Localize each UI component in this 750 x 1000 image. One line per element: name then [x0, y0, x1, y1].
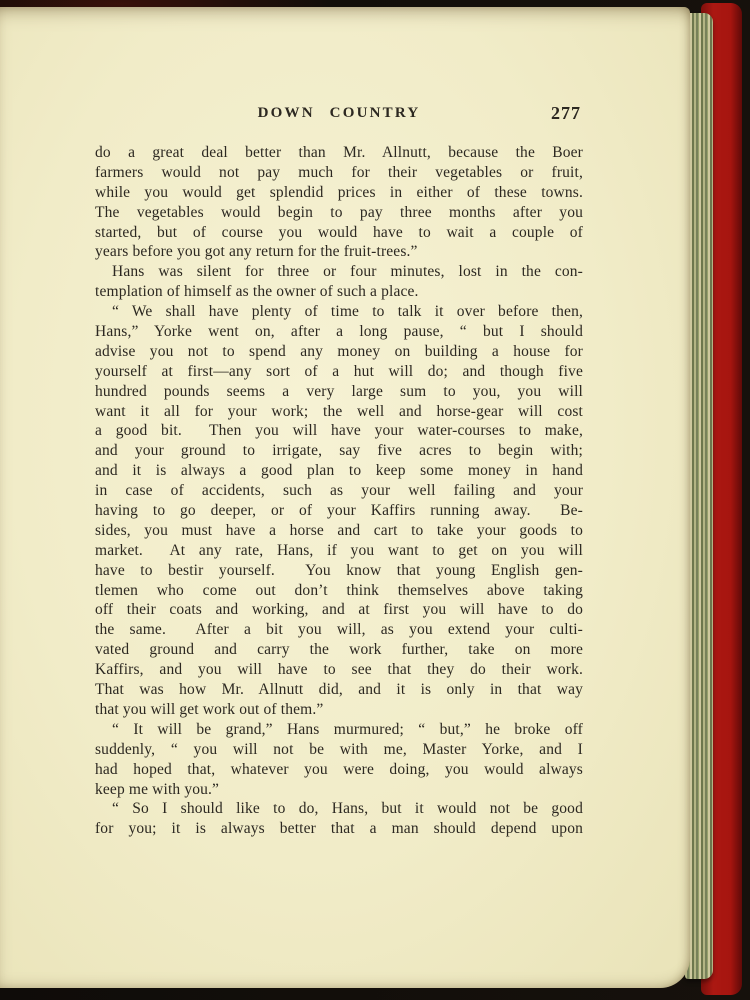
text-line: off their coats and working, and at firs… — [95, 600, 583, 620]
text-line: templation of himself as the owner of su… — [95, 282, 583, 302]
text-line: market. At any rate, Hans, if you want t… — [95, 541, 583, 561]
text-line: That was how Mr. Allnutt did, and it is … — [95, 680, 583, 700]
text-line: sides, you must have a horse and cart to… — [95, 521, 583, 541]
text-line: a good bit. Then you will have your wate… — [95, 421, 583, 441]
text-line: suddenly, “ you will not be with me, Mas… — [95, 740, 583, 760]
text-line: that you will get work out of them.” — [95, 700, 583, 720]
text-line: years before you got any return for the … — [95, 242, 583, 262]
text-line: while you would get splendid prices in e… — [95, 183, 583, 203]
text-line: want it all for your work; the well and … — [95, 402, 583, 422]
text-line: tlemen who come out don’t think themselv… — [95, 581, 583, 601]
text-line: Hans was silent for three or four minute… — [95, 262, 583, 282]
text-line: hundred pounds seems a very large sum to… — [95, 382, 583, 402]
text-line: and it is always a good plan to keep som… — [95, 461, 583, 481]
text-line: for you; it is always better that a man … — [95, 819, 583, 839]
text-line: The vegetables would begin to pay three … — [95, 203, 583, 223]
text-line: “ It will be grand,” Hans murmured; “ bu… — [95, 720, 583, 740]
book-page: DOWN COUNTRY 277 do a great deal better … — [0, 7, 690, 988]
text-line: Kaffirs, and you will have to see that t… — [95, 660, 583, 680]
text-line: “ We shall have plenty of time to talk i… — [95, 302, 583, 322]
text-line: started, but of course you would have to… — [95, 223, 583, 243]
text-line: and your ground to irrigate, say five ac… — [95, 441, 583, 461]
text-line: in case of accidents, such as your well … — [95, 481, 583, 501]
text-line: do a great deal better than Mr. Allnutt,… — [95, 143, 583, 163]
text-line: Hans,” Yorke went on, after a long pause… — [95, 322, 583, 342]
text-line: have to bestir yourself. You know that y… — [95, 561, 583, 581]
text-line: “ So I should like to do, Hans, but it w… — [95, 799, 583, 819]
text-line: having to go deeper, or of your Kaffirs … — [95, 501, 583, 521]
page-number: 277 — [551, 103, 581, 124]
text-line: the same. After a bit you will, as you e… — [95, 620, 583, 640]
text-line: vated ground and carry the work further,… — [95, 640, 583, 660]
text-line: farmers would not pay much for their veg… — [95, 163, 583, 183]
book-scan-photo: DOWN COUNTRY 277 do a great deal better … — [0, 0, 750, 1000]
text-line: advise you not to spend any money on bui… — [95, 342, 583, 362]
text-line: yourself at first—any sort of a hut will… — [95, 362, 583, 382]
text-line: had hoped that, whatever you were doing,… — [95, 760, 583, 780]
text-line: keep me with you.” — [95, 780, 583, 800]
page-header: DOWN COUNTRY 277 — [95, 105, 583, 129]
text-block: do a great deal better than Mr. Allnutt,… — [95, 143, 583, 839]
running-title: DOWN COUNTRY — [95, 105, 583, 122]
